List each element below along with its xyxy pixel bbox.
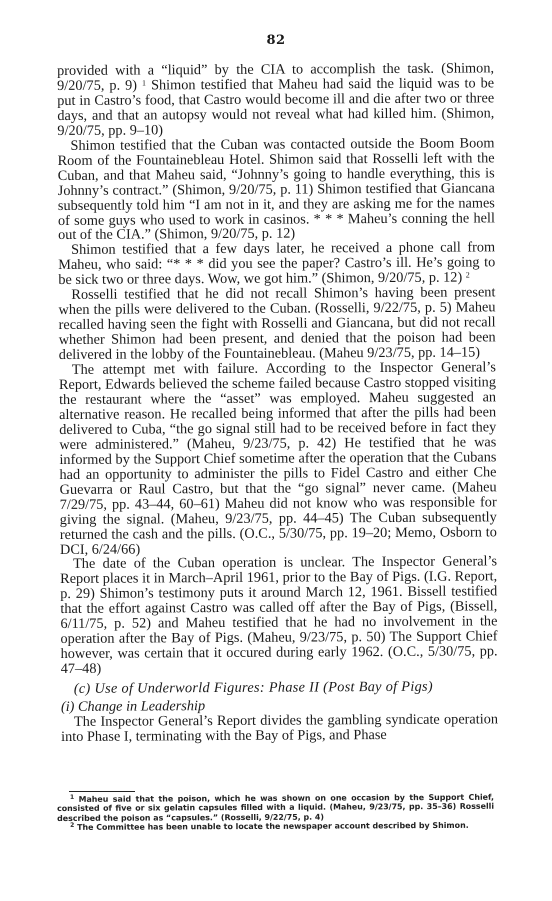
section-heading: (c) Use of Underworld Figures: Phase II … [61, 677, 498, 699]
footnote: 2 The Committee has been unable to locat… [57, 821, 494, 833]
paragraph: Rosselli testified that he did not recal… [58, 286, 495, 363]
page-number: 82 [0, 33, 552, 48]
paragraph-text: Shimon testified that a few days later, … [58, 240, 495, 289]
paragraph: The date of the Cuban operation is uncle… [60, 555, 498, 677]
body-text: provided with a “liquid” by the CIA to a… [57, 61, 498, 745]
paragraph: The Inspector General’s Report divides t… [61, 712, 498, 745]
paragraph: The attempt met with failure. According … [59, 360, 497, 557]
footnote-text: The Committee has been unable to locate … [74, 821, 468, 832]
footnote-ref[interactable]: 2 [466, 271, 470, 280]
footnotes: 1 Maheu said that the poison, which he w… [57, 793, 494, 833]
footnote-divider [69, 791, 135, 792]
footnote: 1 Maheu said that the poison, which he w… [57, 793, 494, 824]
paragraph: provided with a “liquid” by the CIA to a… [57, 61, 494, 138]
footnote-text: Maheu said that the poison, which he was… [57, 793, 494, 823]
paragraph: Shimon testified that a few days later, … [58, 241, 495, 289]
paragraph: Shimon testified that the Cuban was cont… [57, 136, 495, 243]
